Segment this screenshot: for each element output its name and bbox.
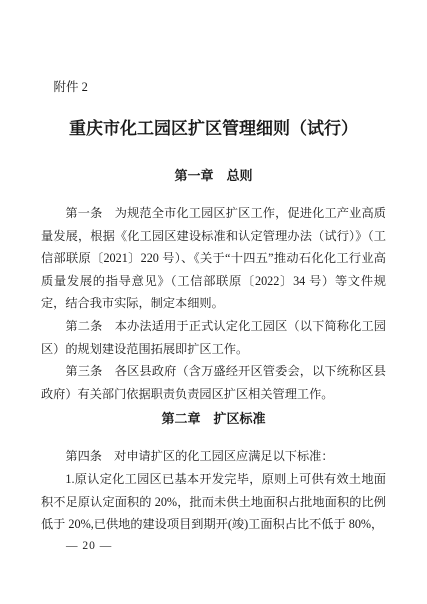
document-title: 重庆市化工园区扩区管理细则（试行） xyxy=(41,118,386,140)
paragraph-item-1: 1.原认定化工园区已基本开发完毕，原则上可供有效土地面积不足原认定面积的 20%… xyxy=(41,468,386,536)
paragraph-article-2: 第二条 本办法适用于正式认定化工园区（以下简称化工园区）的规划建设范围拓展即扩区… xyxy=(41,315,386,360)
page-number: — 20 — xyxy=(66,539,112,553)
chapter-2-heading: 第二章 扩区标准 xyxy=(41,409,386,429)
paragraph-article-3: 第三条 各区县政府（含万盛经开区管委会，以下统称区县政府）有关部门依据职责负责园… xyxy=(41,360,386,405)
paragraph-article-1: 第一条 为规范全市化工园区扩区工作，促进化工产业高质量发展，根据《化工园区建设标… xyxy=(41,202,386,315)
paragraph-article-4: 第四条 对申请扩区的化工园区应满足以下标准： xyxy=(41,445,386,468)
attachment-label: 附件 2 xyxy=(41,0,386,96)
chapter-1-heading: 第一章 总则 xyxy=(41,166,386,186)
document-page: 附件 2 重庆市化工园区扩区管理细则（试行） 第一章 总则 第一条 为规范全市化… xyxy=(0,0,427,604)
